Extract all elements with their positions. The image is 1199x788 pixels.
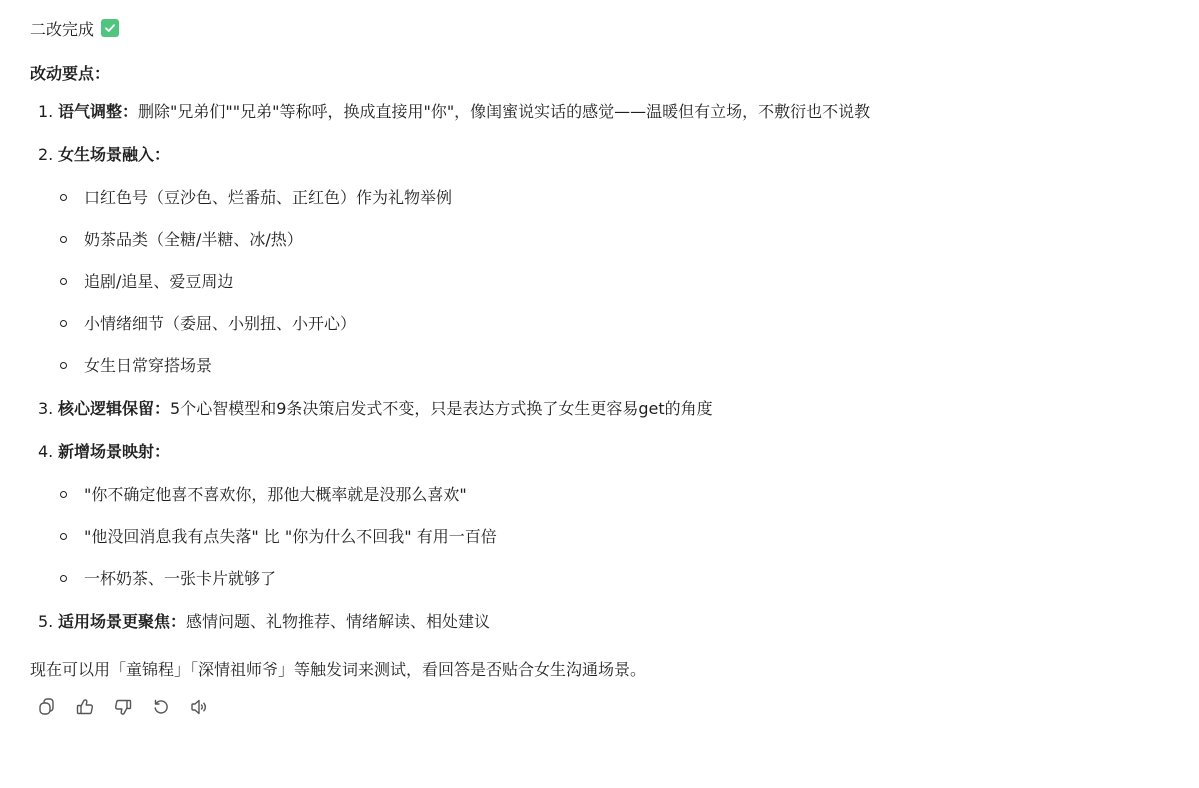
closing-paragraph: 现在可以用「童锦程」「深情祖师爷」等触发词来测试，看回答是否贴合女生沟通场景。 bbox=[30, 656, 1199, 684]
circle-bullet-icon bbox=[60, 194, 67, 201]
sub-item-text: 奶茶品类（全糖/半糖、冰/热） bbox=[84, 230, 303, 249]
item-number: 4. bbox=[38, 438, 53, 466]
message-title: 二改完成 bbox=[30, 17, 94, 40]
item-number: 2. bbox=[38, 141, 53, 169]
sub-list-item: 一杯奶茶、一张卡片就够了 bbox=[58, 565, 1199, 593]
regenerate-button[interactable] bbox=[148, 694, 174, 720]
list-item: 3. 核心逻辑保留：5个心智模型和9条决策启发式不变，只是表达方式换了女生更容易… bbox=[30, 395, 1199, 423]
list-item: 4. 新增场景映射： "你不确定他喜不喜欢你，那他大概率就是没那么喜欢" "他没… bbox=[30, 438, 1199, 593]
circle-bullet-icon bbox=[60, 575, 67, 582]
sub-list-item: "你不确定他喜不喜欢你，那他大概率就是没那么喜欢" bbox=[58, 481, 1199, 509]
circle-bullet-icon bbox=[60, 236, 67, 243]
changes-heading: 改动要点： bbox=[30, 60, 1199, 88]
sub-list-item: 女生日常穿搭场景 bbox=[58, 352, 1199, 380]
sub-list-item: 追剧/追星、爱豆周边 bbox=[58, 268, 1199, 296]
circle-bullet-icon bbox=[60, 491, 67, 498]
sub-item-text: 小情绪细节（委屈、小别扭、小开心） bbox=[84, 314, 356, 333]
sub-item-text: 女生日常穿搭场景 bbox=[84, 356, 212, 375]
sub-list-item: 口红色号（豆沙色、烂番茄、正红色）作为礼物举例 bbox=[58, 184, 1199, 212]
check-mark-button-icon bbox=[101, 19, 119, 37]
item-text: 感情问题、礼物推荐、情绪解读、相处建议 bbox=[186, 612, 490, 631]
sub-list-item: "他没回消息我有点失落" 比 "你为什么不回我" 有用一百倍 bbox=[58, 523, 1199, 551]
circle-bullet-icon bbox=[60, 320, 67, 327]
circle-bullet-icon bbox=[60, 362, 67, 369]
sub-list: "你不确定他喜不喜欢你，那他大概率就是没那么喜欢" "他没回消息我有点失落" 比… bbox=[58, 481, 1199, 593]
circle-bullet-icon bbox=[60, 278, 67, 285]
sub-item-text: 追剧/追星、爱豆周边 bbox=[84, 272, 233, 291]
dislike-button[interactable] bbox=[110, 694, 136, 720]
item-label: 女生场景融入： bbox=[58, 145, 170, 164]
list-item: 2. 女生场景融入： 口红色号（豆沙色、烂番茄、正红色）作为礼物举例 奶茶品类（… bbox=[30, 141, 1199, 380]
message-title-line: 二改完成 bbox=[30, 14, 1199, 42]
circle-bullet-icon bbox=[60, 533, 67, 540]
message-actions-bar bbox=[34, 694, 1199, 720]
item-label: 语气调整： bbox=[58, 102, 138, 121]
item-number: 5. bbox=[38, 608, 53, 636]
assistant-message: 二改完成 改动要点： 1. 语气调整：删除"兄弟们""兄弟"等称呼，换成直接用"… bbox=[0, 0, 1199, 720]
item-number: 1. bbox=[38, 98, 53, 126]
copy-icon bbox=[37, 697, 57, 717]
speaker-icon bbox=[189, 697, 209, 717]
item-number: 3. bbox=[38, 395, 53, 423]
list-item: 1. 语气调整：删除"兄弟们""兄弟"等称呼，换成直接用"你"，像闺蜜说实话的感… bbox=[30, 98, 1199, 126]
copy-button[interactable] bbox=[34, 694, 60, 720]
sub-list: 口红色号（豆沙色、烂番茄、正红色）作为礼物举例 奶茶品类（全糖/半糖、冰/热） … bbox=[58, 184, 1199, 380]
thumbs-down-icon bbox=[113, 697, 133, 717]
sub-item-text: 一杯奶茶、一张卡片就够了 bbox=[84, 569, 276, 588]
sub-item-text: 口红色号（豆沙色、烂番茄、正红色）作为礼物举例 bbox=[84, 188, 452, 207]
list-item: 5. 适用场景更聚焦：感情问题、礼物推荐、情绪解读、相处建议 bbox=[30, 608, 1199, 636]
item-text: 5个心智模型和9条决策启发式不变，只是表达方式换了女生更容易get的角度 bbox=[170, 399, 713, 418]
item-label: 核心逻辑保留： bbox=[58, 399, 170, 418]
like-button[interactable] bbox=[72, 694, 98, 720]
refresh-icon bbox=[151, 697, 171, 717]
sub-item-text: "你不确定他喜不喜欢你，那他大概率就是没那么喜欢" bbox=[84, 485, 467, 504]
thumbs-up-icon bbox=[75, 697, 95, 717]
sub-list-item: 奶茶品类（全糖/半糖、冰/热） bbox=[58, 226, 1199, 254]
changes-list: 1. 语气调整：删除"兄弟们""兄弟"等称呼，换成直接用"你"，像闺蜜说实话的感… bbox=[30, 98, 1199, 636]
item-label: 适用场景更聚焦： bbox=[58, 612, 186, 631]
read-aloud-button[interactable] bbox=[186, 694, 212, 720]
sub-item-text: "他没回消息我有点失落" 比 "你为什么不回我" 有用一百倍 bbox=[84, 527, 497, 546]
item-label: 新增场景映射： bbox=[58, 442, 170, 461]
item-text: 删除"兄弟们""兄弟"等称呼，换成直接用"你"，像闺蜜说实话的感觉——温暖但有立… bbox=[138, 102, 870, 121]
sub-list-item: 小情绪细节（委屈、小别扭、小开心） bbox=[58, 310, 1199, 338]
